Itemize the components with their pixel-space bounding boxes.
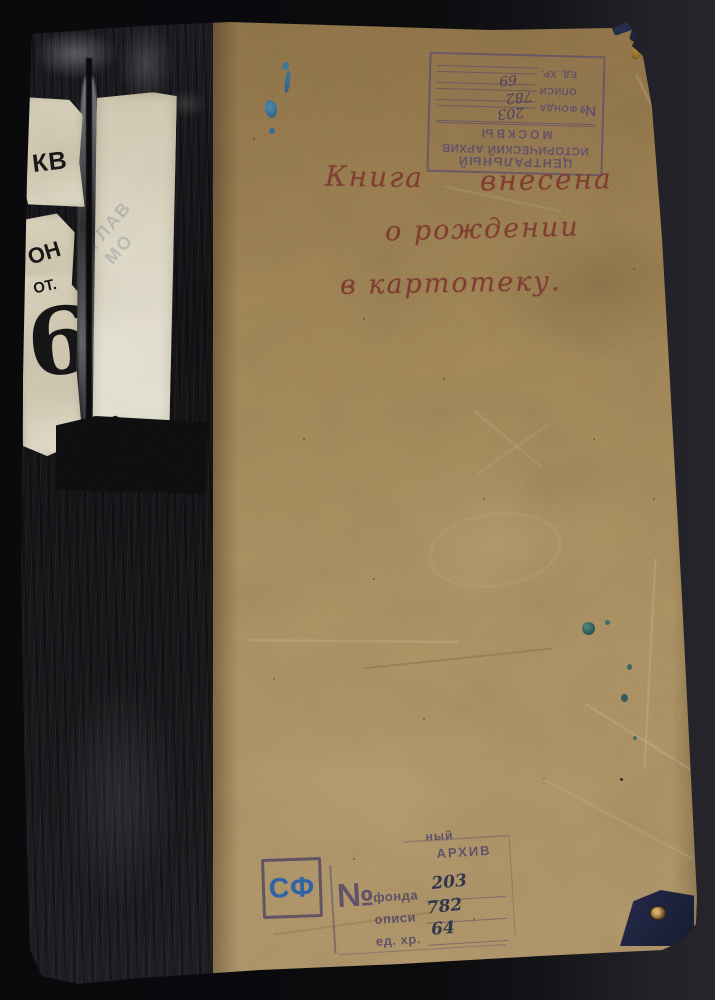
torn-corner-fray [644,47,670,72]
loose-thread [651,64,673,94]
stamp-field-fond-label: ФОНДА [539,102,578,113]
stamp-rule-line [437,65,538,75]
stamp-opis-value: 782 [505,88,533,106]
handwritten-inscription-line2: о рождении [385,211,580,247]
stamp-ed-value: 69 [498,71,517,89]
blue-ink-drip-head [282,62,289,70]
archive-stamp-top: ЦЕНТРАЛЬНЫЙ ИСТОРИЧЕСКИЙ АРХИВ МОСКВЫ № … [426,52,605,177]
blue-ink-drip [284,70,292,93]
stamp-opis-value: 782 [425,895,463,919]
crease-mark [476,422,551,475]
crease-mark [644,558,657,768]
handwriting-word: внесена [480,162,613,197]
stamp-ed-value: 64 [431,918,456,940]
book-cover: КВ ОН ОТ. 6 ГЛАВ МО ЦЕНТРАЛЬНЫЙ ИСТ [20,18,702,986]
bottom-corner-shell-spot [650,906,666,920]
spine-sheen [40,618,200,968]
stamp-no-sign: № [579,103,596,118]
spine-paint-patch [56,416,208,494]
green-ink-spot [605,620,610,625]
crease-mark [473,409,543,468]
water-stain-ring [424,504,567,596]
spine-fragment-text: ОН [25,236,64,271]
blue-ink-dot [269,128,275,134]
handwritten-inscription-line3: в картотеку. [340,266,562,301]
stamp-border-top [404,835,509,843]
stamp-field-ed-label: ед. хр. [375,931,428,948]
spine-label-fragment-1: КВ [18,95,86,209]
stamp-header-fragment1: ный [425,828,454,844]
dark-speck [620,778,623,781]
book-spine: КВ ОН ОТ. 6 ГЛАВ МО [20,18,213,986]
spine-shelf-label: ГЛАВ МО [91,91,177,426]
spine-fragment-text: КВ [31,146,70,179]
green-ink-spot [582,622,595,635]
crease-mark [363,648,552,669]
paper-specks [253,138,255,140]
stamp-no-sign: № [336,877,375,912]
sf-stamp: СФ [261,857,323,919]
archive-stamp-bottom: ный АРХИВ № фонда 203 описи 782 ед [328,829,517,958]
stamp-fields: фонда 203 описи 782 ед. хр. 64 [372,875,508,949]
spine-hinge-groove [86,58,92,478]
photo-background: КВ ОН ОТ. 6 ГЛАВ МО ЦЕНТРАЛЬНЫЙ ИСТ [0,0,715,1000]
stamp-border-right [508,837,516,937]
green-ink-spot [627,664,632,670]
blue-ink-blob [264,99,279,119]
crease-mark [635,74,676,156]
stamp-field-ed-label: ЕД. ХР. [541,68,577,78]
stamp-fond-value: 203 [430,871,467,894]
sf-stamp-text: СФ [268,871,315,905]
crease-mark [249,639,459,643]
front-cover: ЦЕНТРАЛЬНЫЙ ИСТОРИЧЕСКИЙ АРХИВ МОСКВЫ № … [213,18,702,986]
green-ink-spot [621,694,628,702]
stamp-header-fragment2: АРХИВ [436,843,492,861]
handwriting-word: Книга [325,159,425,194]
crease-mark [542,778,693,860]
stamp-fond-value: 203 [497,104,525,122]
torn-corner-fray [629,28,661,47]
stamp-field-opis-label: ОПИСИ [539,85,576,95]
